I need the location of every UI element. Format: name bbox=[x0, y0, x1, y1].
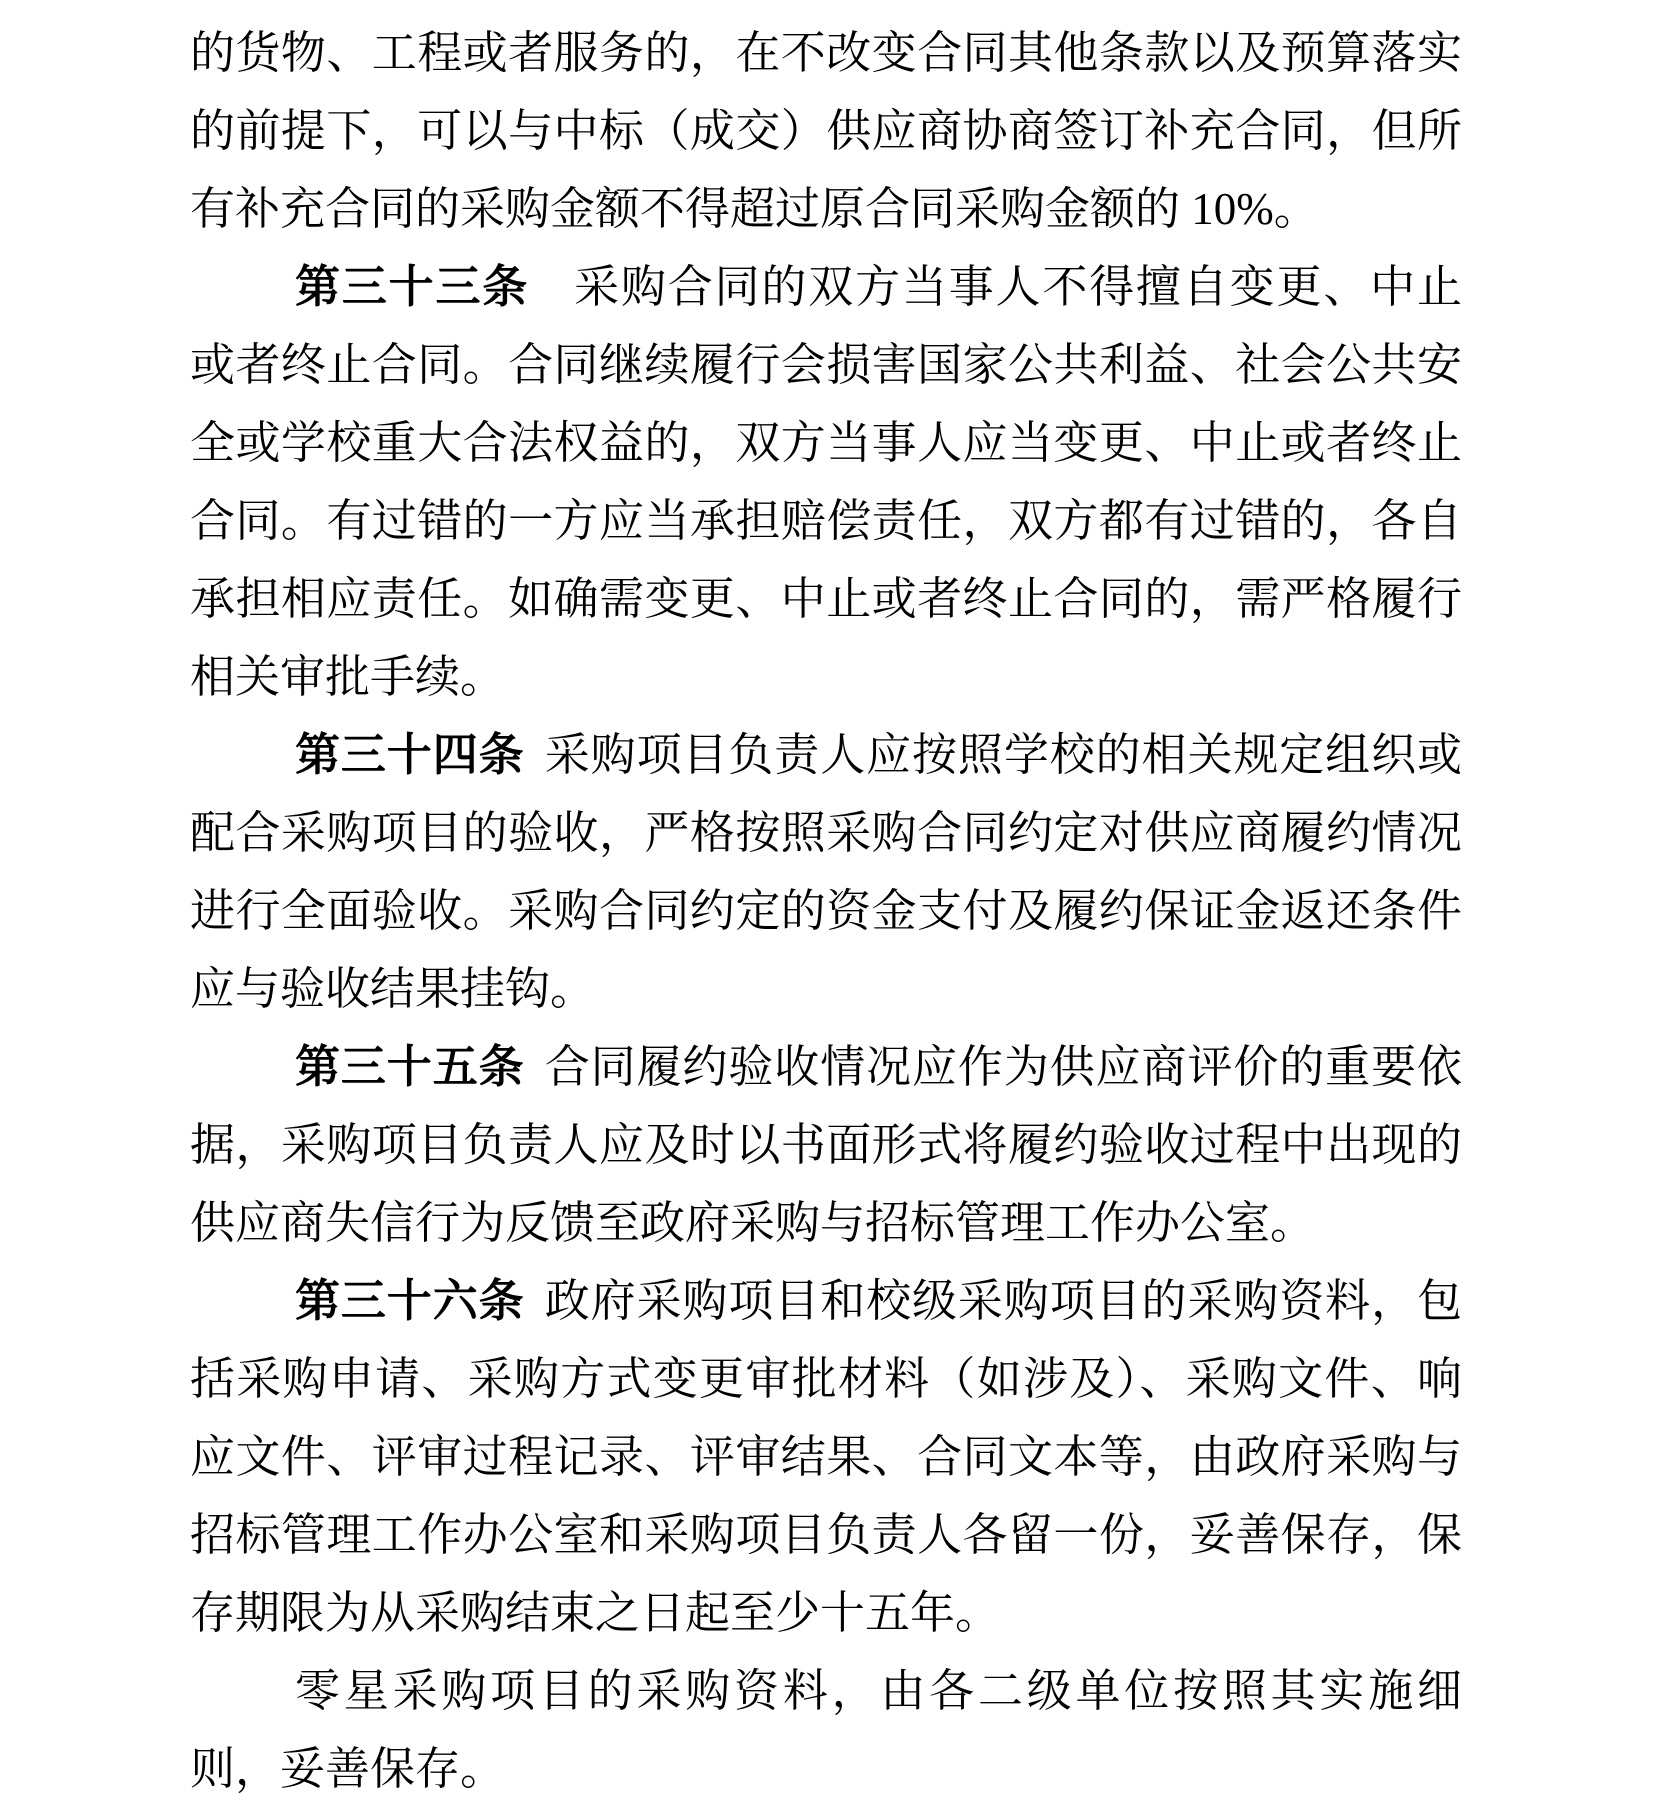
paragraph: 第三十三条采购合同的双方当事人不得擅自变更、中止或者终止合同。合同继续履行会损害… bbox=[190, 248, 1462, 716]
paragraph: 第三十六条政府采购项目和校级采购项目的采购资料，包括采购申请、采购方式变更审批材… bbox=[190, 1262, 1462, 1652]
paragraph-text: 零星采购项目的采购资料，由各二级单位按照其实施细则，妥善保存。 bbox=[190, 1666, 1462, 1794]
paragraph: 第三十五条合同履约验收情况应作为供应商评价的重要依据，采购项目负责人应及时以书面… bbox=[190, 1028, 1462, 1262]
article-number: 第三十三条 bbox=[295, 261, 529, 312]
paragraph-text: 政府采购项目和校级采购项目的采购资料，包括采购申请、采购方式变更审批材料（如涉及… bbox=[190, 1276, 1462, 1638]
paragraph: 零星采购项目的采购资料，由各二级单位按照其实施细则，妥善保存。 bbox=[190, 1652, 1462, 1808]
paragraph: 第三十四条采购项目负责人应按照学校的相关规定组织或配合采购项目的验收，严格按照采… bbox=[190, 716, 1462, 1028]
paragraph: 的货物、工程或者服务的，在不改变合同其他条款以及预算落实的前提下，可以与中标（成… bbox=[190, 14, 1462, 248]
paragraph-text: 的货物、工程或者服务的，在不改变合同其他条款以及预算落实的前提下，可以与中标（成… bbox=[190, 28, 1462, 234]
article-number: 第三十四条 bbox=[295, 729, 525, 780]
paragraph-text: 采购合同的双方当事人不得擅自变更、中止或者终止合同。合同继续履行会损害国家公共利… bbox=[190, 262, 1462, 702]
document-page: 的货物、工程或者服务的，在不改变合同其他条款以及预算落实的前提下，可以与中标（成… bbox=[0, 0, 1654, 1818]
article-number: 第三十五条 bbox=[295, 1041, 525, 1092]
article-number: 第三十六条 bbox=[295, 1275, 525, 1326]
